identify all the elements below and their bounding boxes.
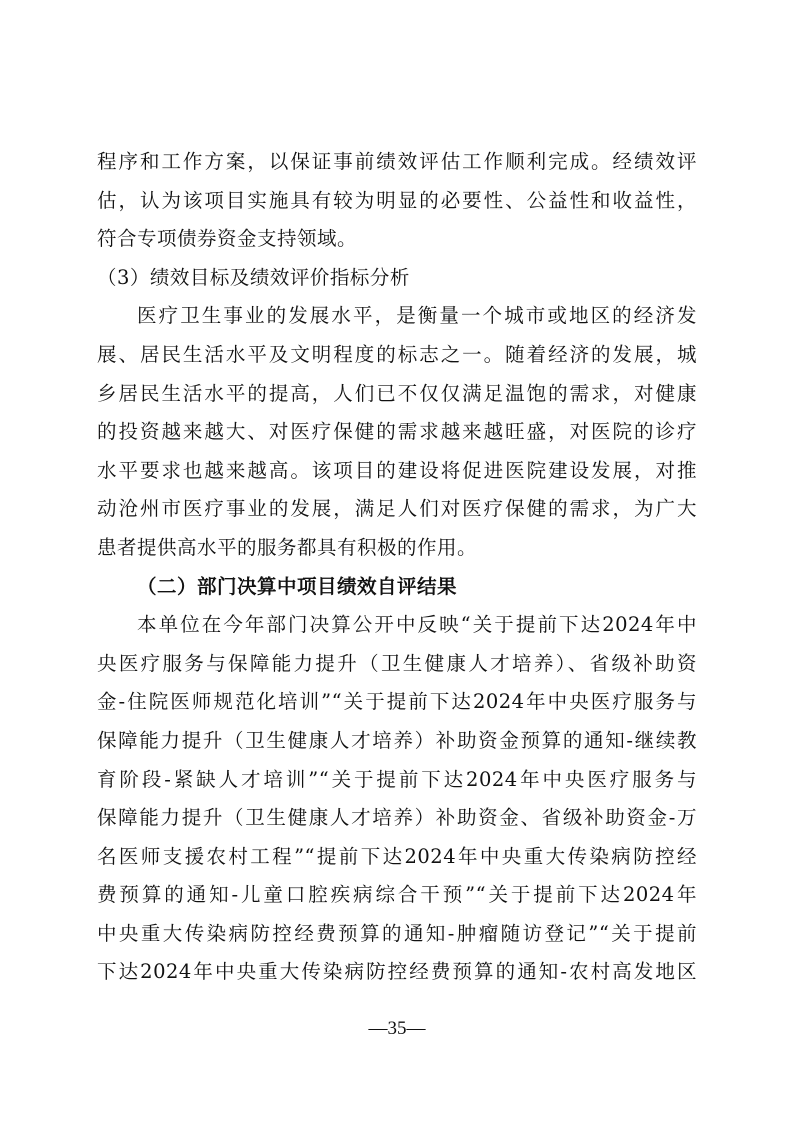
paragraph-line: 乡居民生活水平的提高，人们已不仅仅满足温饱的需求，对健康 xyxy=(97,375,697,414)
paragraph-line: 下达2024年中央重大传染病防控经费预算的通知-农村高发地区 xyxy=(97,953,697,992)
paragraph-line: 费预算的通知-儿童口腔疾病综合干预”“关于提前下达2024年 xyxy=(97,876,697,915)
section-heading-2: （二）部门决算中项目绩效自评结果 xyxy=(97,568,697,607)
paragraph-line: 程序和工作方案，以保证事前绩效评估工作顺利完成。经绩效评 xyxy=(97,143,697,182)
paragraph-line: 名医师支援农村工程”“提前下达2024年中央重大传染病防控经 xyxy=(97,838,697,877)
paragraph-line: 保障能力提升（卫生健康人才培养）补助资金预算的通知-继续教 xyxy=(97,722,697,761)
paragraph-line: 本单位在今年部门决算公开中反映“关于提前下达2024年中 xyxy=(97,606,697,645)
paragraph-line: 的投资越来越大、对医疗保健的需求越来越旺盛，对医院的诊疗 xyxy=(97,413,697,452)
paragraph-line: 展、居民生活水平及文明程度的标志之一。随着经济的发展，城 xyxy=(97,336,697,375)
paragraph-line: 金-住院医师规范化培训”“关于提前下达2024年中央医疗服务与 xyxy=(97,683,697,722)
paragraph-line: 动沧州市医疗事业的发展，满足人们对医疗保健的需求，为广大 xyxy=(97,490,697,529)
document-body: 程序和工作方案，以保证事前绩效评估工作顺利完成。经绩效评 估，认为该项目实施具有… xyxy=(97,143,697,992)
paragraph-line: 央医疗服务与保障能力提升（卫生健康人才培养）、省级补助资 xyxy=(97,645,697,684)
paragraph-line: 符合专项债券资金支持领域。 xyxy=(97,220,697,259)
paragraph-line: 保障能力提升（卫生健康人才培养）补助资金、省级补助资金-万 xyxy=(97,799,697,838)
page-number: —35— xyxy=(0,1018,794,1040)
paragraph-line: 医疗卫生事业的发展水平，是衡量一个城市或地区的经济发 xyxy=(97,297,697,336)
paragraph-line: 育阶段-紧缺人才培训”“关于提前下达2024年中央医疗服务与 xyxy=(97,761,697,800)
section-heading-3: （3）绩效目标及绩效评价指标分析 xyxy=(97,259,697,298)
paragraph-line: 估，认为该项目实施具有较为明显的必要性、公益性和收益性， xyxy=(97,182,697,221)
paragraph-line: 患者提供高水平的服务都具有积极的作用。 xyxy=(97,529,697,568)
paragraph-line: 水平要求也越来越高。该项目的建设将促进医院建设发展，对推 xyxy=(97,452,697,491)
paragraph-line: 中央重大传染病防控经费预算的通知-肿瘤随访登记”“关于提前 xyxy=(97,915,697,954)
